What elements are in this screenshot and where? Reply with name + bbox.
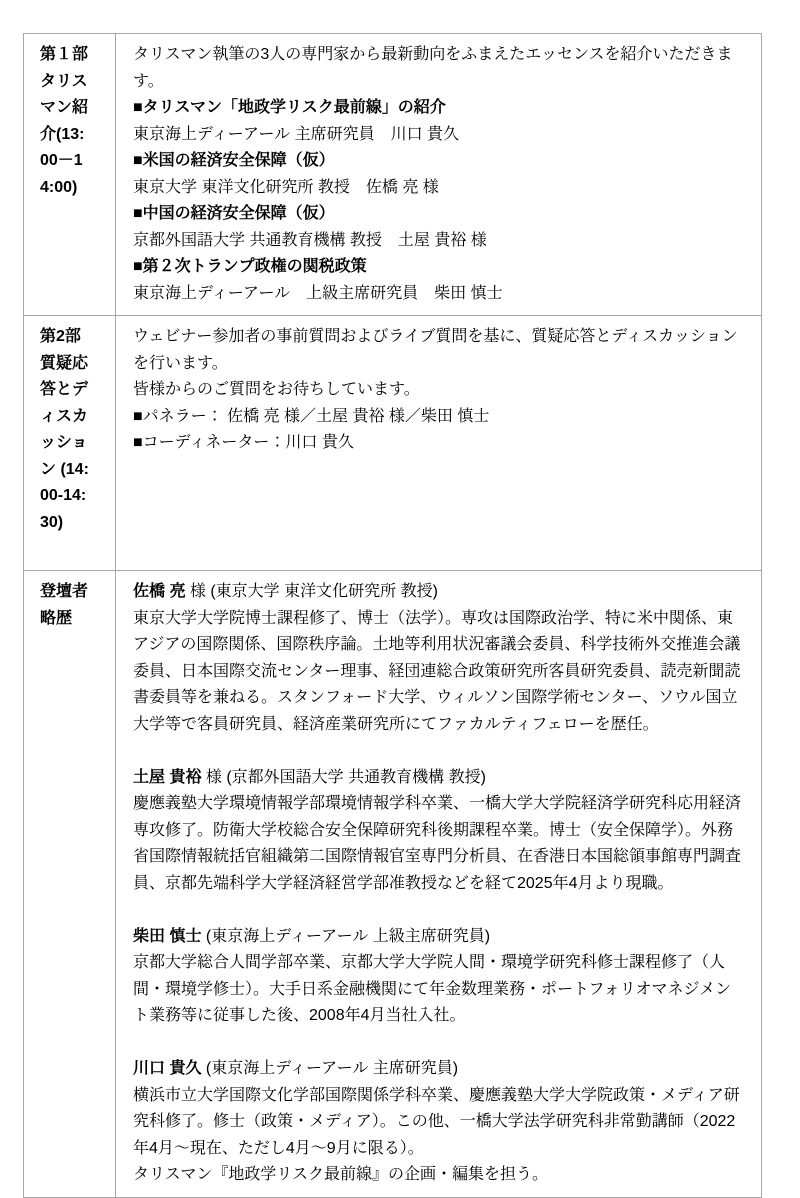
part1-talk-speaker: 東京大学 東洋文化研究所 教授 佐橋 亮 様 <box>133 175 744 202</box>
bio-text: 横浜市立大学国際文化学部国際関係学科卒業、慶應義塾大学大学院政策・メディア研究科… <box>133 1083 744 1163</box>
speaker-affiliation: (東京海上ディーアール 上級主席研究員) <box>201 928 490 945</box>
part1-talk-title: ■中国の経済安全保障（仮） <box>133 201 744 228</box>
row-header-part2: 第2部 質疑応答とディスカッション (14:00-14:30) <box>24 316 116 571</box>
part2-panelists: ■パネラー： 佐橋 亮 様／土屋 貴裕 様／柴田 慎士 <box>133 404 744 431</box>
bio-text-second-line: タリスマン『地政学リスク最前線』の企画・編集を担う。 <box>133 1162 744 1189</box>
bio-text: 京都大学総合人間学部卒業、京都大学大学院人間・環境学研究科修士課程修了（人間・環… <box>133 950 744 1030</box>
bio-name-line: 佐橋 亮 様 (東京大学 東洋文化研究所 教授) <box>133 579 744 606</box>
agenda-table: 第１部 タリスマン紹介(13:00－14:00) タリスマン執筆の3人の専門家か… <box>23 33 762 1198</box>
speaker-name: 土屋 貴裕 <box>133 769 201 786</box>
speaker-affiliation: 様 (東京大学 東洋文化研究所 教授) <box>185 583 437 600</box>
row-content-part2: ウェビナー参加者の事前質問およびライブ質問を基に、質疑応答とディスカッションを行… <box>116 316 762 571</box>
speaker-name: 佐橋 亮 <box>133 583 185 600</box>
webinar-agenda-document: 第１部 タリスマン紹介(13:00－14:00) タリスマン執筆の3人の専門家か… <box>0 0 800 1198</box>
speaker-name: 柴田 慎士 <box>133 928 201 945</box>
bio-shibata: 柴田 慎士 (東京海上ディーアール 上級主席研究員) 京都大学総合人間学部卒業、… <box>133 924 744 1030</box>
part1-talk-speaker: 東京海上ディーアール 上級主席研究員 柴田 慎士 <box>133 281 744 308</box>
part1-talk-title: ■タリスマン「地政学リスク最前線」の紹介 <box>133 95 744 122</box>
bio-kawaguchi: 川口 貴久 (東京海上ディーアール 主席研究員) 横浜市立大学国際文化学部国際関… <box>133 1056 744 1189</box>
part2-description: ウェビナー参加者の事前質問およびライブ質問を基に、質疑応答とディスカッションを行… <box>133 324 744 377</box>
speaker-name: 川口 貴久 <box>133 1060 201 1077</box>
row-header-bios: 登壇者略歴 <box>24 571 116 1198</box>
part2-invitation: 皆様からのご質問をお待ちしています。 <box>133 377 744 404</box>
row-header-part1: 第１部 タリスマン紹介(13:00－14:00) <box>24 34 116 316</box>
part1-talk-speaker: 京都外国語大学 共通教育機構 教授 土屋 貴裕 様 <box>133 228 744 255</box>
speaker-affiliation: 様 (京都外国語大学 共通教育機構 教授) <box>201 769 485 786</box>
speaker-affiliation: (東京海上ディーアール 主席研究員) <box>201 1060 458 1077</box>
row-content-part1: タリスマン執筆の3人の専門家から最新動向をふまえたエッセンスを紹介いただきます。… <box>116 34 762 316</box>
bio-text: 東京大学大学院博士課程修了、博士（法学）。専攻は国際政治学、特に米中関係、東アジ… <box>133 606 744 739</box>
bio-tsuchiya: 土屋 貴裕 様 (京都外国語大学 共通教育機構 教授) 慶應義塾大学環境情報学部… <box>133 765 744 898</box>
bio-name-line: 土屋 貴裕 様 (京都外国語大学 共通教育機構 教授) <box>133 765 744 792</box>
bio-name-line: 柴田 慎士 (東京海上ディーアール 上級主席研究員) <box>133 924 744 951</box>
bio-name-line: 川口 貴久 (東京海上ディーアール 主席研究員) <box>133 1056 744 1083</box>
part1-intro-text: タリスマン執筆の3人の専門家から最新動向をふまえたエッセンスを紹介いただきます。 <box>133 42 744 95</box>
bio-sahashi: 佐橋 亮 様 (東京大学 東洋文化研究所 教授) 東京大学大学院博士課程修了、博… <box>133 579 744 738</box>
table-row-part1: 第１部 タリスマン紹介(13:00－14:00) タリスマン執筆の3人の専門家か… <box>24 34 762 316</box>
row-content-bios: 佐橋 亮 様 (東京大学 東洋文化研究所 教授) 東京大学大学院博士課程修了、博… <box>116 571 762 1198</box>
table-row-part2: 第2部 質疑応答とディスカッション (14:00-14:30) ウェビナー参加者… <box>24 316 762 571</box>
part1-talk-speaker: 東京海上ディーアール 主席研究員 川口 貴久 <box>133 122 744 149</box>
part1-talk-title: ■米国の経済安全保障（仮） <box>133 148 744 175</box>
bio-text: 慶應義塾大学環境情報学部環境情報学科卒業、一橋大学大学院経済学研究科応用経済専攻… <box>133 791 744 897</box>
part2-coordinator: ■コーディネーター：川口 貴久 <box>133 430 744 457</box>
table-row-bios: 登壇者略歴 佐橋 亮 様 (東京大学 東洋文化研究所 教授) 東京大学大学院博士… <box>24 571 762 1198</box>
part1-talk-title: ■第２次トランプ政権の関税政策 <box>133 254 744 281</box>
